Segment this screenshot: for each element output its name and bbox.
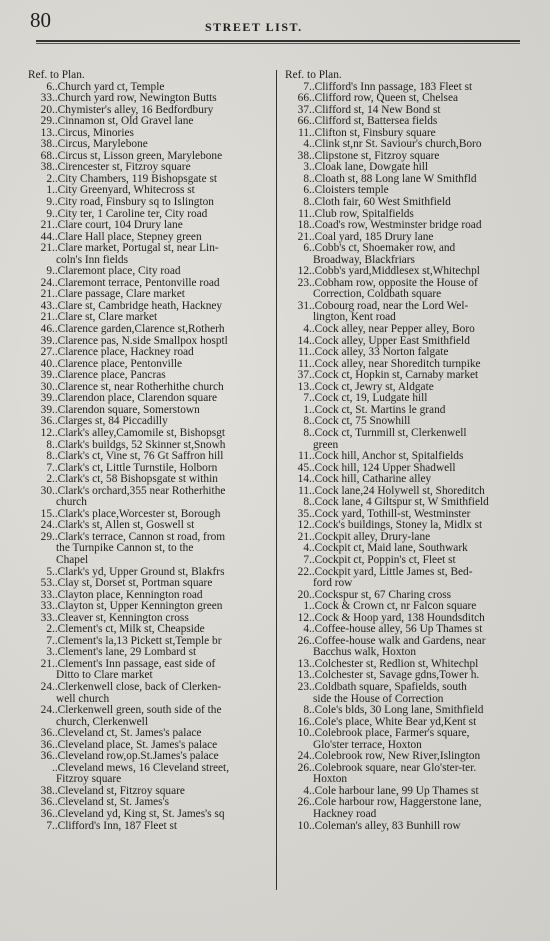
street-name: Cleveland ct, St. James's palace [58, 728, 266, 740]
list-item: 24..Clerkenwell green, south side of the [26, 705, 266, 717]
plan-ref: 22 [283, 567, 309, 579]
street-name: City road, Finsbury sq to Islington [58, 197, 266, 209]
plan-ref: 30 [26, 486, 52, 498]
street-name: Cock & Crown ct, nr Falcon square [315, 601, 523, 613]
entry-list: 6..Church yard ct, Temple33..Church yard… [26, 82, 266, 833]
plan-ref: 66 [283, 116, 309, 128]
street-continuation: ford row [283, 578, 523, 590]
plan-ref: 2 [26, 474, 52, 486]
plan-ref: 36 [26, 751, 52, 763]
street-name: Clifford st, Battersea fields [315, 116, 523, 128]
street-name: Clark's ct, Vine st, 76 Gt Saffron hill [58, 451, 266, 463]
list-item: 33..Clayton st, Upper Kennington green [26, 601, 266, 613]
list-item: 53..Clay st, Dorset st, Portman square [26, 578, 266, 590]
street-name: Coleman's alley, 83 Bunhill row [315, 821, 523, 833]
street-name: Clarence garden,Clarence st,Rotherh [58, 324, 266, 336]
street-name: Cock alley, 33 Norton falgate [315, 347, 523, 359]
column-divider [276, 70, 277, 890]
plan-ref: 66 [283, 93, 309, 105]
plan-ref: 10 [283, 728, 309, 740]
list-item: 7..Clifford's Inn, 187 Fleet st [26, 821, 266, 833]
plan-ref: 27 [26, 347, 52, 359]
page-title: STREET LIST. [205, 20, 303, 35]
list-item: 23..Coldbath square, Spafields, south [283, 682, 523, 694]
plan-ref [26, 763, 52, 775]
plan-ref: 8 [283, 705, 309, 717]
plan-ref: 26 [283, 797, 309, 809]
plan-ref: 36 [26, 809, 52, 821]
plan-ref: 11 [283, 451, 309, 463]
street-name: Clayton st, Upper Kennington green [58, 601, 266, 613]
plan-ref: 36 [26, 728, 52, 740]
plan-ref: 21 [26, 220, 52, 232]
entry-list: 7..Clifford's Inn passage, 183 Fleet st6… [283, 82, 523, 833]
street-name: Clare court, 104 Drury lane [58, 220, 266, 232]
plan-ref: 46 [26, 324, 52, 336]
street-name: Clerkenwell close, back of Clerken- [58, 682, 266, 694]
plan-ref: 21 [26, 243, 52, 255]
list-item: 12..Clark's alley,Camomile st, Bishopsgt [26, 428, 266, 440]
street-name: Cleveland yd, King st, St. James's sq [58, 809, 266, 821]
street-name: Cock alley, near Pepper alley, Boro [315, 324, 523, 336]
street-name: Colebrook place, Farmer's square, [315, 728, 523, 740]
street-name: Clark's ct, 58 Bishopsgate st within [58, 474, 266, 486]
list-item: 1..Cock & Crown ct, nr Falcon square [283, 601, 523, 613]
plan-ref: 8 [26, 451, 52, 463]
list-item: 46..Clarence garden,Clarence st,Rotherh [26, 324, 266, 336]
list-item: 18..Coad's row, Westminster bridge road [283, 220, 523, 232]
plan-ref: 26 [283, 636, 309, 648]
street-name: Church yard row, Newington Butts [58, 93, 266, 105]
list-item: 11..Cock hill, Anchor st, Spitalfields [283, 451, 523, 463]
plan-ref: 23 [283, 682, 309, 694]
list-item: 33..Church yard row, Newington Butts [26, 93, 266, 105]
list-item: 8..Cloth fair, 60 West Smithfield [283, 197, 523, 209]
list-item: 11..Cock alley, 33 Norton falgate [283, 347, 523, 359]
plan-ref: 21 [26, 659, 52, 671]
street-list-columns: Ref. to Plan. 6..Church yard ct, Temple3… [26, 70, 526, 890]
plan-ref: 29 [26, 116, 52, 128]
plan-ref: 8 [283, 428, 309, 440]
street-name: Clark's alley,Camomile st, Bishopsgt [58, 428, 266, 440]
plan-ref: 14 [283, 474, 309, 486]
street-name: Cock hill, Anchor st, Spitalfields [315, 451, 523, 463]
street-name: Cole's blds, 30 Long lane, Smithfield [315, 705, 523, 717]
plan-ref: 10 [283, 821, 309, 833]
street-name: Cock hill, Catharine alley [315, 474, 523, 486]
list-item: 29..Cinnamon st, Old Gravel lane [26, 116, 266, 128]
plan-ref: 7 [26, 821, 52, 833]
street-continuation: Hackney road [283, 809, 523, 821]
street-name: Coad's row, Westminster bridge road [315, 220, 523, 232]
street-name: Cockpit ct, Poppin's ct, Fleet st [315, 555, 523, 567]
plan-ref: 33 [26, 93, 52, 105]
list-item: 66..Clifford row, Queen st, Chelsea [283, 93, 523, 105]
street-name: Clark's orchard,355 near Rotherhithe [58, 486, 266, 498]
plan-ref: 29 [26, 532, 52, 544]
list-item: 24..Clerkenwell close, back of Clerken- [26, 682, 266, 694]
plan-ref: 7 [283, 555, 309, 567]
plan-ref: 31 [283, 301, 309, 313]
plan-ref: 11 [283, 347, 309, 359]
street-name: Clarence place, Hackney road [58, 347, 266, 359]
list-item: 8..Cole's blds, 30 Long lane, Smithfield [283, 705, 523, 717]
list-item: 4..Cock alley, near Pepper alley, Boro [283, 324, 523, 336]
right-column: Ref. to Plan. 7..Clifford's Inn passage,… [283, 70, 523, 832]
street-continuation: Chapel [26, 555, 266, 567]
header-rule [36, 40, 520, 44]
street-name: Clifford's Inn, 187 Fleet st [58, 821, 266, 833]
street-name: Clifford row, Queen st, Chelsea [315, 93, 523, 105]
list-item: 66..Clifford st, Battersea fields [283, 116, 523, 128]
column-header: Ref. to Plan. [283, 70, 523, 82]
list-item: 27..Clarence place, Hackney road [26, 347, 266, 359]
list-item: 36..Cleveland yd, King st, St. James's s… [26, 809, 266, 821]
left-column: Ref. to Plan. 6..Church yard ct, Temple3… [26, 70, 266, 832]
street-name: Cinnamon st, Old Gravel lane [58, 116, 266, 128]
list-item: 2..Clark's ct, 58 Bishopsgate st within [26, 474, 266, 486]
list-item: 21..Clare court, 104 Drury lane [26, 220, 266, 232]
column-header: Ref. to Plan. [26, 70, 266, 82]
street-name: Clerkenwell green, south side of the [58, 705, 266, 717]
plan-ref: 24 [26, 705, 52, 717]
plan-ref: 53 [26, 578, 52, 590]
street-name: Cock ct, Turnmill st, Clerkenwell [315, 428, 523, 440]
list-item: 10..Colebrook place, Farmer's square, [283, 728, 523, 740]
plan-ref: 9 [26, 197, 52, 209]
page-header: 80 STREET LIST. [30, 8, 525, 64]
list-item: 36..Cleveland ct, St. James's palace [26, 728, 266, 740]
list-item: 10..Coleman's alley, 83 Bunhill row [283, 821, 523, 833]
plan-ref: 23 [283, 278, 309, 290]
list-item: 8..Cock ct, Turnmill st, Clerkenwell [283, 428, 523, 440]
plan-ref: 1 [283, 601, 309, 613]
list-item: 14..Cock hill, Catharine alley [283, 474, 523, 486]
plan-ref: 12 [26, 428, 52, 440]
plan-ref: 8 [283, 197, 309, 209]
list-item: 8..Clark's ct, Vine st, 76 Gt Saffron hi… [26, 451, 266, 463]
plan-ref: 33 [26, 601, 52, 613]
plan-ref: 6 [283, 243, 309, 255]
plan-ref: 26 [283, 763, 309, 775]
list-item: 9..City road, Finsbury sq to Islington [26, 197, 266, 209]
page-number: 80 [30, 8, 51, 33]
plan-ref: 18 [283, 220, 309, 232]
street-name: Coldbath square, Spafields, south [315, 682, 523, 694]
plan-ref: 24 [26, 682, 52, 694]
street-name: Clay st, Dorset st, Portman square [58, 578, 266, 590]
plan-ref: 4 [283, 324, 309, 336]
list-item: 7..Cockpit ct, Poppin's ct, Fleet st [283, 555, 523, 567]
street-name: Cloth fair, 60 West Smithfield [315, 197, 523, 209]
